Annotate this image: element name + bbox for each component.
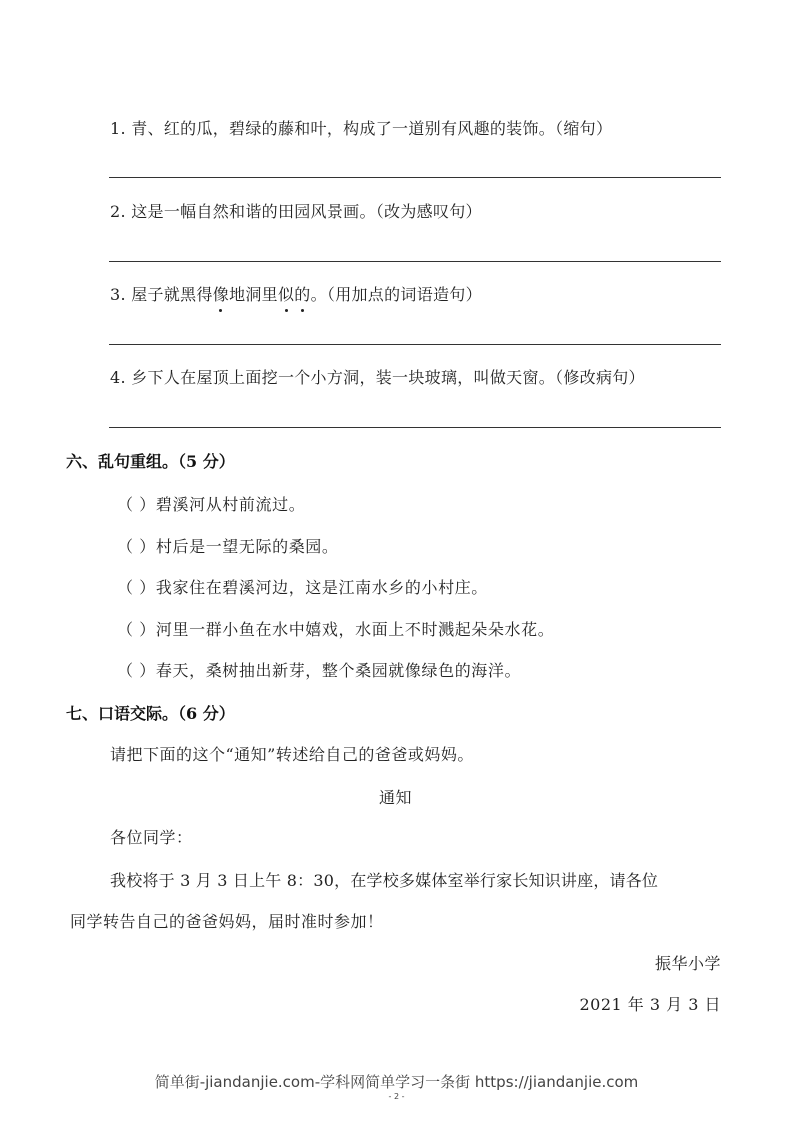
- emphasis-char-2: 似: [278, 284, 294, 306]
- notice-heading: 通知: [379, 787, 412, 809]
- reorder-item-1: （ ）碧溪河从村前流过。: [117, 494, 305, 516]
- notice-date: 2021 年 3 月 3 日: [579, 994, 721, 1016]
- answer-line-2[interactable]: [109, 261, 721, 262]
- reorder-text-1: 碧溪河从村前流过。: [156, 495, 305, 514]
- page-number: - 2 -: [0, 1092, 793, 1101]
- reorder-text-3: 我家住在碧溪河边，这是江南水乡的小村庄。: [156, 578, 488, 597]
- section-7-title: 七、口语交际。（6 分）: [66, 703, 235, 725]
- reorder-text-5: 春天，桑树抽出新芽，整个桑园就像绿色的海洋。: [156, 661, 521, 680]
- notice-signature: 振华小学: [655, 953, 721, 975]
- reorder-bracket-4[interactable]: （ ）: [117, 620, 156, 639]
- reorder-item-5: （ ）春天，桑树抽出新芽，整个桑园就像绿色的海洋。: [117, 660, 521, 682]
- answer-line-1[interactable]: [109, 177, 721, 178]
- notice-greeting: 各位同学：: [110, 827, 193, 849]
- question-3-text-mid: 地洞里: [229, 285, 278, 304]
- section-6-title: 六、乱句重组。（5 分）: [66, 451, 235, 473]
- question-4: 4. 乡下人在屋顶上面挖一个小方洞，装一块玻璃，叫做天窗。（修改病句）: [110, 367, 645, 389]
- emphasis-char-3: 的: [294, 284, 310, 306]
- notice-body-line-1: 我校将于 3 月 3 日上午 8：30，在学校多媒体室举行家长知识讲座，请各位: [110, 870, 658, 892]
- emphasis-char-1: 像: [213, 284, 229, 306]
- reorder-item-3: （ ）我家住在碧溪河边，这是江南水乡的小村庄。: [117, 577, 488, 599]
- notice-body-line-2: 同学转告自己的爸爸妈妈，届时准时参加！: [70, 911, 384, 933]
- answer-line-4[interactable]: [109, 427, 721, 428]
- question-1: 1. 青、红的瓜，碧绿的藤和叶，构成了一道别有风趣的装饰。（缩句）: [110, 118, 612, 140]
- footer-watermark: 简单街-jiandanjie.com-学科网简单学习一条街 https://ji…: [0, 1071, 793, 1092]
- reorder-item-4: （ ）河里一群小鱼在水中嬉戏，水面上不时溅起朵朵水花。: [117, 619, 554, 641]
- reorder-bracket-1[interactable]: （ ）: [117, 495, 156, 514]
- reorder-text-2: 村后是一望无际的桑园。: [156, 537, 339, 556]
- question-3-text-before: 3. 屋子就黑得: [110, 285, 213, 304]
- reorder-item-2: （ ）村后是一望无际的桑园。: [117, 536, 339, 558]
- reorder-bracket-3[interactable]: （ ）: [117, 578, 156, 597]
- question-3-text-after: 。（用加点的词语造句）: [311, 285, 482, 304]
- answer-line-3[interactable]: [109, 344, 721, 345]
- reorder-bracket-5[interactable]: （ ）: [117, 661, 156, 680]
- question-3: 3. 屋子就黑得像地洞里似的。（用加点的词语造句）: [110, 284, 482, 306]
- reorder-text-4: 河里一群小鱼在水中嬉戏，水面上不时溅起朵朵水花。: [156, 620, 554, 639]
- question-2: 2. 这是一幅自然和谐的田园风景画。（改为感叹句）: [110, 201, 482, 223]
- section-7-instruction: 请把下面的这个“通知”转述给自己的爸爸或妈妈。: [110, 744, 474, 766]
- reorder-bracket-2[interactable]: （ ）: [117, 537, 156, 556]
